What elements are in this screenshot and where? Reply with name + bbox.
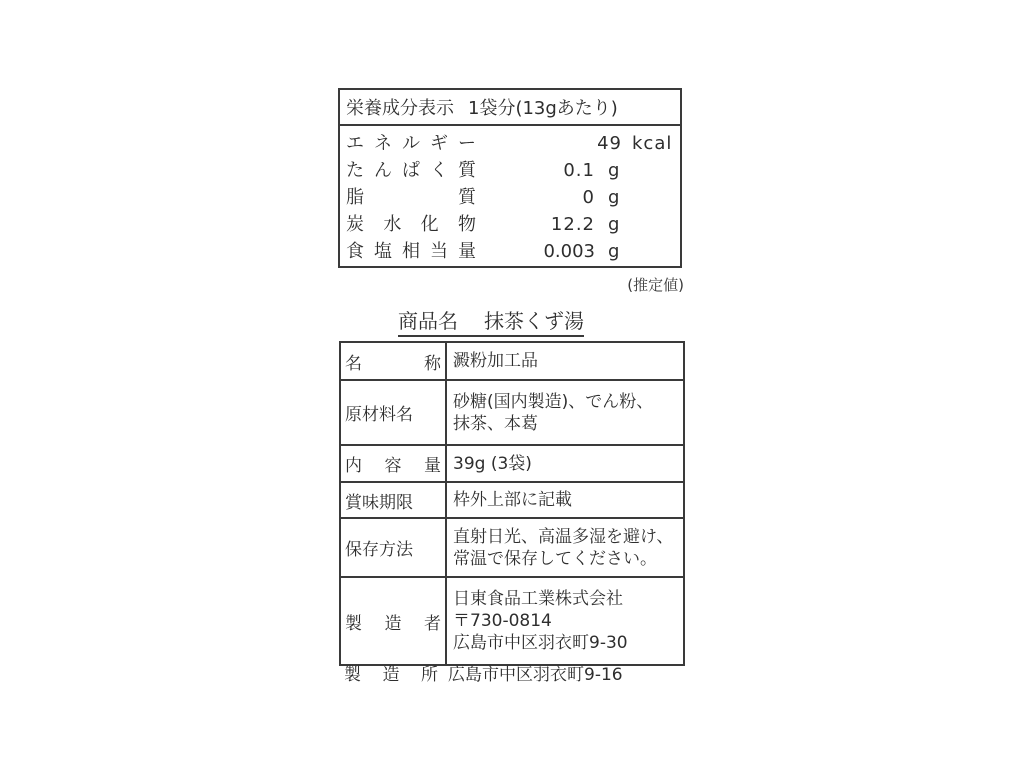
label-char: ぱ [402,157,420,184]
value-line: 39g (3袋) [453,453,677,475]
label-char: 質 [458,157,476,184]
key-char: 造 [385,609,402,634]
value-line: 常温で保存してください。 [453,548,677,570]
value-line: 枠外上部に記載 [453,489,677,511]
nutrient-unit: g [608,211,620,238]
nutrient-unit: kcal [632,130,672,157]
key-char: 内 [345,451,362,476]
nutrient-label: エ ネ ル ギ ー [346,130,476,157]
key-char: 容 [385,451,402,476]
label-char: 脂 [346,184,364,211]
nutrient-label: 炭 水 化 物 [346,211,476,238]
nutrition-header: 栄養成分表示 1袋分(13gあたり) [340,90,680,126]
row-value: 砂糖(国内製造)、でん粉、 抹茶、本葛 [446,380,684,445]
nutrient-value: 0 [583,184,595,211]
table-row-best-before: 賞味期限 枠外上部に記載 [340,482,684,518]
factory-address-line: 製 造 所 広島市中区羽衣町9-16 [344,660,623,685]
value-line: 日東食品工業株式会社 [453,588,677,610]
table-row-manufacturer: 製 造 者 日東食品工業株式会社 〒730-0814 広島市中区羽衣町9-30 [340,577,684,665]
food-label-document: 栄養成分表示 1袋分(13gあたり) エ ネ ル ギ ー 49 kcal た ん [0,0,1024,768]
key-char: 量 [424,451,441,476]
row-value: 直射日光、高温多湿を避け、 常温で保存してください。 [446,518,684,577]
nutrient-value: 12.2 [551,211,595,238]
value-line: 砂糖(国内製造)、でん粉、 [453,391,677,413]
nutrient-label: 食 塩 相 当 量 [346,238,476,265]
serving-size: 1袋分(13gあたり) [468,94,618,120]
key-char: 者 [424,609,441,634]
estimate-note: (推定値) [600,274,684,295]
table-row-ingredients: 原材料名 砂糖(国内製造)、でん粉、 抹茶、本葛 [340,380,684,445]
row-key: 製 造 者 [340,577,446,665]
label-char: た [346,157,364,184]
product-info-table: 名 称 澱粉加工品 原材料名 砂糖(国内製造)、でん粉、 抹茶、本葛 [339,341,685,666]
label-char: 塩 [374,238,392,265]
key-char: 名 [345,349,362,374]
value-line: 広島市中区羽衣町9-30 [453,632,677,654]
nutrition-row-energy: エ ネ ル ギ ー 49 kcal [340,130,680,157]
nutrition-facts-box: 栄養成分表示 1袋分(13gあたり) エ ネ ル ギ ー 49 kcal た ん [338,88,682,268]
label-char: ギ [430,130,448,157]
nutrient-value: 0.003 [543,238,595,265]
label-char: く [430,157,448,184]
nutrition-row-carbohydrate: 炭 水 化 物 12.2 g [340,211,680,238]
nutrient-unit: g [608,184,620,211]
key-char: 造 [383,660,400,685]
table-row-quantity: 内 容 量 39g (3袋) [340,445,684,482]
label-char: 水 [383,211,401,238]
row-value: 澱粉加工品 [446,342,684,380]
nutrition-row-protein: た ん ぱ く 質 0.1 g [340,157,680,184]
nutrient-value: 49 [597,130,622,157]
value-line: 直射日光、高温多湿を避け、 [453,526,677,548]
row-key: 原材料名 [340,380,446,445]
row-key: 内 容 量 [340,445,446,482]
nutrition-rows: エ ネ ル ギ ー 49 kcal た ん ぱ く 質 0.1 g [340,126,680,265]
factory-key: 製 造 所 [344,660,438,685]
label-char: ル [402,130,420,157]
nutrient-value: 0.1 [563,157,595,184]
label-char: 物 [458,211,476,238]
key-char: 原材料名 [345,400,413,425]
nutrient-label: 脂 質 [346,184,476,211]
key-char: 保存方法 [345,535,413,560]
label-char: 炭 [346,211,364,238]
label-char: ネ [374,130,392,157]
table-row-name: 名 称 澱粉加工品 [340,342,684,380]
label-char: 量 [458,238,476,265]
key-char: 製 [345,609,362,634]
row-key: 賞味期限 [340,482,446,518]
label-char: ん [374,157,392,184]
key-char: 所 [421,660,438,685]
factory-address: 広島市中区羽衣町9-16 [448,660,623,685]
row-value: 日東食品工業株式会社 〒730-0814 広島市中区羽衣町9-30 [446,577,684,665]
value-line: 〒730-0814 [453,610,677,632]
row-value: 39g (3袋) [446,445,684,482]
label-char: 当 [430,238,448,265]
key-char: 賞味期限 [345,488,413,513]
product-name-value: 抹茶くず湯 [484,309,584,333]
table-row-storage: 保存方法 直射日光、高温多湿を避け、 常温で保存してください。 [340,518,684,577]
value-line: 澱粉加工品 [453,350,677,372]
key-char: 製 [344,660,361,685]
row-key: 名 称 [340,342,446,380]
label-char: 食 [346,238,364,265]
product-name-heading: 商品名抹茶くず湯 [398,305,584,337]
row-key: 保存方法 [340,518,446,577]
label-char: 質 [458,184,476,211]
row-value: 枠外上部に記載 [446,482,684,518]
label-char: エ [346,130,364,157]
label-char: ー [458,130,476,157]
value-line: 抹茶、本葛 [453,413,677,435]
label-char: 化 [421,211,439,238]
nutrient-unit: g [608,238,620,265]
nutrition-title: 栄養成分表示 [346,94,454,120]
label-char: 相 [402,238,420,265]
nutrition-row-fat: 脂 質 0 g [340,184,680,211]
nutrient-unit: g [608,157,620,184]
nutrition-row-salt: 食 塩 相 当 量 0.003 g [340,238,680,265]
product-name-label: 商品名 [398,309,458,333]
nutrient-label: た ん ぱ く 質 [346,157,476,184]
key-char: 称 [424,349,441,374]
